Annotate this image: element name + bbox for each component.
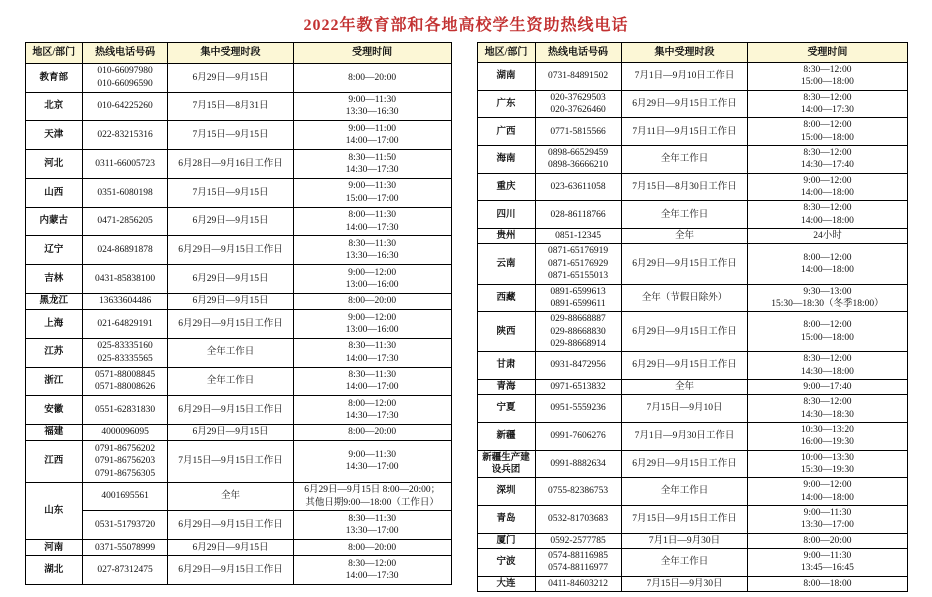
period-cell: 7月15日—8月31日 (168, 92, 294, 121)
hours-line: 8:00—12:00 (750, 119, 904, 131)
table-row: 福建40000960956月29日—9月15日8:00—20:00 (25, 425, 451, 441)
phone-number: 0791-86756202 (85, 443, 165, 455)
period-cell: 7月15日—9月15日 (168, 121, 294, 150)
hours-line: 9:00—11:30 (296, 94, 449, 106)
phone-cell: 0771-5815566 (535, 118, 621, 146)
hours-line: 9:00—11:30 (296, 180, 449, 192)
phone-number: 0951-5559236 (538, 402, 619, 414)
phone-cell: 0731-84891502 (535, 63, 621, 91)
phone-cell: 0891-65996130891-6599611 (535, 284, 621, 312)
period-cell: 全年（节假日除外） (621, 284, 748, 312)
phone-cell: 0755-82386753 (535, 478, 621, 506)
phone-number: 010-66096590 (85, 78, 165, 90)
period-cell: 全年 (621, 379, 748, 394)
phone-number: 028-86118766 (538, 209, 619, 221)
region-cell: 天津 (25, 121, 83, 150)
phone-number: 029-88668830 (538, 326, 619, 338)
hours-cell: 8:00—20:00 (293, 63, 451, 92)
period-cell: 7月15日—9月15日工作日 (168, 441, 294, 483)
hours-line: 8:30—12:00 (750, 353, 904, 365)
region-cell: 浙江 (25, 367, 83, 396)
region-cell: 青岛 (477, 506, 535, 534)
region-cell: 四川 (477, 201, 535, 229)
period-cell: 全年工作日 (621, 549, 748, 577)
region-cell: 西藏 (477, 284, 535, 312)
phone-cell: 028-86118766 (535, 201, 621, 229)
hours-cell: 8:30—12:0015:00—18:00 (748, 63, 907, 91)
hours-cell: 9:00—11:3013:45—16:45 (748, 549, 907, 577)
phone-cell: 0311-66005723 (83, 150, 168, 179)
region-cell: 宁波 (477, 549, 535, 577)
phone-cell: 0574-881169850574-88116977 (535, 549, 621, 577)
period-cell: 7月1日—9月10日工作日 (621, 63, 748, 91)
table-row: 江苏025-83335160025-83335565全年工作日8:30—11:3… (25, 338, 451, 367)
hours-line: 14:30—18:30 (750, 409, 904, 421)
period-cell: 全年 (168, 482, 294, 511)
period-cell: 全年工作日 (168, 338, 294, 367)
region-cell: 广东 (477, 90, 535, 118)
hours-line: 8:30—11:30 (296, 369, 449, 381)
phone-cell: 0351-6080198 (83, 178, 168, 207)
hours-line: 14:00—17:00 (296, 135, 449, 147)
period-cell: 6月29日—9月15日 (168, 425, 294, 441)
phone-cell: 021-64829191 (83, 309, 168, 338)
phone-number: 4001695561 (85, 490, 165, 502)
hours-line: 10:00—13:30 (750, 452, 904, 464)
region-cell: 重庆 (477, 173, 535, 201)
phone-cell: 0871-651769190871-651769290871-65155013 (535, 244, 621, 284)
phone-number: 0571-88008626 (85, 381, 165, 393)
column-header: 受理时间 (748, 43, 907, 63)
region-cell: 福建 (25, 425, 83, 441)
period-cell: 6月29日—9月15日工作日 (168, 556, 294, 585)
hours-cell: 9:00—11:3013:30—17:00 (748, 506, 907, 534)
phone-number: 0971-6513832 (538, 381, 619, 393)
hours-line: 15:00—18:00 (750, 332, 904, 344)
table-row: 浙江0571-880088450571-88008626全年工作日8:30—11… (25, 367, 451, 396)
hours-line: 13:00—16:00 (296, 324, 449, 336)
table-row: 海南0898-665294590898-36666210全年工作日8:30—12… (477, 146, 907, 174)
period-cell: 6月29日—9月15日 (168, 540, 294, 556)
hours-line: 14:30—18:00 (750, 366, 904, 378)
table-row: 贵州0851-12345全年24小时 (477, 229, 907, 244)
table-row: 江西0791-867562020791-867562030791-8675630… (25, 441, 451, 483)
phone-number: 010-64225260 (85, 100, 165, 112)
period-cell: 7月1日—9月30日工作日 (621, 422, 748, 450)
phone-number: 0431-85838100 (85, 273, 165, 285)
column-header: 受理时间 (293, 43, 451, 64)
phone-number: 0592-2577785 (538, 535, 619, 547)
period-cell: 全年 (621, 229, 748, 244)
table-row: 新疆0991-76062767月1日—9月30日工作日10:30—13:2016… (477, 422, 907, 450)
table-row: 广西0771-58155667月11日—9月15日工作日8:00—12:0015… (477, 118, 907, 146)
hours-cell: 8:30—12:0014:30—18:30 (748, 395, 907, 423)
hours-line: 13:00—16:00 (296, 279, 449, 291)
phone-number: 0898-66529459 (538, 147, 619, 159)
phone-cell: 4000096095 (83, 425, 168, 441)
hours-cell: 24小时 (748, 229, 907, 244)
hours-line: 8:30—11:30 (296, 513, 449, 525)
phone-cell: 0931-8472956 (535, 352, 621, 380)
phone-cell: 0592-2577785 (535, 533, 621, 548)
hours-line: 15:00—18:00 (750, 76, 904, 88)
region-cell: 内蒙古 (25, 207, 83, 236)
hours-line: 9:30—13:00 (750, 286, 904, 298)
hours-line: 14:30—17:40 (750, 159, 904, 171)
column-header: 热线电话号码 (83, 43, 168, 64)
phone-number: 0771-5815566 (538, 126, 619, 138)
hours-cell: 8:30—12:0014:00—17:30 (293, 556, 451, 585)
phone-number: 0891-6599613 (538, 286, 619, 298)
region-cell: 山东 (25, 482, 83, 540)
hours-cell: 9:00—12:0013:00—16:00 (293, 265, 451, 294)
hours-line: 14:00—17:00 (296, 381, 449, 393)
phone-number: 13633604486 (85, 295, 165, 307)
hours-cell: 9:00—12:0014:00—18:00 (748, 173, 907, 201)
hours-line: 8:00—12:00 (296, 398, 449, 410)
region-cell: 陕西 (477, 312, 535, 352)
table-row: 湖南0731-848915027月1日—9月10日工作日8:30—12:0015… (477, 63, 907, 91)
phone-number: 021-64829191 (85, 318, 165, 330)
phone-number: 027-87312475 (85, 564, 165, 576)
region-cell: 北京 (25, 92, 83, 121)
phone-number: 0891-6599611 (538, 298, 619, 310)
hours-line: 24小时 (750, 230, 904, 242)
phone-number: 0311-66005723 (85, 158, 165, 170)
hours-cell: 10:30—13:2016:00—19:30 (748, 422, 907, 450)
region-cell: 安徽 (25, 396, 83, 425)
hours-line: 15:00—18:00 (750, 132, 904, 144)
phone-cell: 0531-51793720 (83, 511, 168, 540)
phone-number: 0731-84891502 (538, 70, 619, 82)
phone-number: 0931-8472956 (538, 359, 619, 371)
phone-number: 0574-88116985 (538, 550, 619, 562)
hours-line: 15:30—19:30 (750, 464, 904, 476)
hours-line: 8:30—12:00 (750, 202, 904, 214)
hours-cell: 8:30—11:5014:30—17:30 (293, 150, 451, 179)
hours-line: 16:00—19:30 (750, 436, 904, 448)
phone-cell: 4001695561 (83, 482, 168, 511)
hours-line: 8:30—11:50 (296, 152, 449, 164)
hours-line: 14:00—17:30 (296, 570, 449, 582)
region-cell: 青海 (477, 379, 535, 394)
hours-line: 8:00—20:00 (750, 535, 904, 547)
phone-cell: 0991-8882634 (535, 450, 621, 478)
hours-line: 13:30—17:00 (750, 519, 904, 531)
hours-line: 10:30—13:20 (750, 424, 904, 436)
hours-line: 14:00—17:30 (750, 104, 904, 116)
hours-cell: 8:00—12:0015:00—18:00 (748, 312, 907, 352)
period-cell: 7月15日—8月30日工作日 (621, 173, 748, 201)
hours-line: 14:00—18:00 (750, 492, 904, 504)
hours-line: 9:00—12:00 (296, 312, 449, 324)
period-cell: 6月29日—9月15日工作日 (621, 90, 748, 118)
phone-cell: 0571-880088450571-88008626 (83, 367, 168, 396)
region-cell: 厦门 (477, 533, 535, 548)
table-row: 教育部010-66097980010-660965906月29日—9月15日8:… (25, 63, 451, 92)
phone-number: 0531-51793720 (85, 519, 165, 531)
period-cell: 6月29日—9月15日工作日 (168, 396, 294, 425)
phone-cell: 0898-665294590898-36666210 (535, 146, 621, 174)
hours-line: 8:00—20:00 (296, 426, 449, 438)
hours-line: 13:30—16:30 (296, 250, 449, 262)
table-row: 河北0311-660057236月28日—9月16日工作日8:30—11:501… (25, 150, 451, 179)
table-row: 新疆生产建设兵团0991-88826346月29日—9月15日工作日10:00—… (477, 450, 907, 478)
period-cell: 7月15日—9月15日 (168, 178, 294, 207)
region-cell: 山西 (25, 178, 83, 207)
phone-cell: 0951-5559236 (535, 395, 621, 423)
column-header: 热线电话号码 (535, 43, 621, 63)
table-row: 上海021-648291916月29日—9月15日工作日9:00—12:0013… (25, 309, 451, 338)
hours-cell: 8:00—18:00 (748, 576, 907, 591)
phone-number: 0991-8882634 (538, 458, 619, 470)
hours-line: 9:00—11:30 (750, 507, 904, 519)
hours-line: 14:00—18:00 (750, 215, 904, 227)
hours-cell: 8:00—12:0014:00—18:00 (748, 244, 907, 284)
page-title: 2022年教育部和各地高校学生资助热线电话 (0, 0, 932, 34)
phone-cell: 029-88668887029-88668830029-88668914 (535, 312, 621, 352)
column-header: 集中受理时段 (621, 43, 748, 63)
phone-number: 020-37626460 (538, 104, 619, 116)
phone-cell: 0411-84603212 (535, 576, 621, 591)
hours-cell: 9:00—11:0014:00—17:00 (293, 121, 451, 150)
hours-line: 14:00—18:00 (750, 264, 904, 276)
table-row: 云南0871-651769190871-651769290871-6515501… (477, 244, 907, 284)
hours-cell: 8:30—12:0014:30—17:40 (748, 146, 907, 174)
hours-line: 6月29日—9月15日 8:00—20:00； (296, 484, 449, 496)
phone-number: 020-37629503 (538, 92, 619, 104)
header-row: 地区/部门热线电话号码集中受理时段受理时间 (477, 43, 907, 63)
hours-line: 14:00—18:00 (750, 187, 904, 199)
hours-line: 8:30—12:00 (750, 396, 904, 408)
table-row: 宁夏0951-55592367月15日—9月10日8:30—12:0014:30… (477, 395, 907, 423)
phone-number: 025-83335160 (85, 340, 165, 352)
hours-cell: 8:30—11:3014:00—17:30 (293, 338, 451, 367)
table-row: 湖北027-873124756月29日—9月15日工作日8:30—12:0014… (25, 556, 451, 585)
hotline-tables-container: 地区/部门热线电话号码集中受理时段受理时间教育部010-66097980010-… (0, 42, 932, 592)
phone-number: 0574-88116977 (538, 562, 619, 574)
region-cell: 江西 (25, 441, 83, 483)
phone-cell: 0991-7606276 (535, 422, 621, 450)
phone-cell: 0371-55078999 (83, 540, 168, 556)
hours-cell: 9:00—11:3014:30—17:00 (293, 441, 451, 483)
table-row: 安徽0551-628318306月29日—9月15日工作日8:00—12:001… (25, 396, 451, 425)
phone-number: 022-83215316 (85, 129, 165, 141)
table-row: 青海0971-6513832全年9:00—17:40 (477, 379, 907, 394)
hotline-table-right: 地区/部门热线电话号码集中受理时段受理时间湖南0731-848915027月1日… (477, 42, 908, 592)
hours-cell: 9:00—11:3015:00—17:00 (293, 178, 451, 207)
table-row: 0531-517937206月29日—9月15日工作日8:30—11:3013:… (25, 511, 451, 540)
hours-line: 8:30—11:30 (296, 340, 449, 352)
hours-line: 8:00—20:00 (296, 542, 449, 554)
region-cell: 宁夏 (477, 395, 535, 423)
phone-number: 029-88668887 (538, 313, 619, 325)
phone-number: 024-86891878 (85, 244, 165, 256)
table-row: 内蒙古0471-28562056月29日—9月15日8:00—11:3014:0… (25, 207, 451, 236)
hours-line: 8:00—12:00 (750, 252, 904, 264)
hours-cell: 8:00—20:00 (293, 540, 451, 556)
period-cell: 7月15日—9月10日 (621, 395, 748, 423)
region-cell: 贵州 (477, 229, 535, 244)
hours-cell: 10:00—13:3015:30—19:30 (748, 450, 907, 478)
period-cell: 7月15日—9月30日 (621, 576, 748, 591)
hours-line: 8:30—12:00 (296, 558, 449, 570)
period-cell: 6月29日—9月15日 (168, 265, 294, 294)
hours-line: 14:30—17:30 (296, 164, 449, 176)
phone-number: 029-88668914 (538, 338, 619, 350)
hours-line: 8:00—18:00 (750, 578, 904, 590)
region-cell: 江苏 (25, 338, 83, 367)
phone-cell: 010-64225260 (83, 92, 168, 121)
phone-number: 0571-88008845 (85, 369, 165, 381)
hours-line: 其他日期9:00—18:00（工作日） (296, 497, 449, 509)
hours-line: 8:00—20:00 (296, 72, 449, 84)
phone-number: 010-66097980 (85, 65, 165, 77)
region-cell: 深圳 (477, 478, 535, 506)
region-cell: 上海 (25, 309, 83, 338)
hours-cell: 9:00—17:40 (748, 379, 907, 394)
period-cell: 全年工作日 (621, 201, 748, 229)
hours-line: 9:00—11:30 (750, 550, 904, 562)
hours-cell: 8:00—20:00 (748, 533, 907, 548)
phone-number: 0851-12345 (538, 230, 619, 242)
phone-number: 0991-7606276 (538, 430, 619, 442)
phone-number: 0532-81703683 (538, 513, 619, 525)
table-row: 黑龙江136336044866月29日—9月15日8:00—20:00 (25, 294, 451, 310)
hours-cell: 8:00—12:0015:00—18:00 (748, 118, 907, 146)
phone-number: 0871-65155013 (538, 270, 619, 282)
hours-line: 14:30—17:00 (296, 461, 449, 473)
phone-number: 0871-65176919 (538, 245, 619, 257)
table-row: 辽宁024-868918786月29日—9月15日工作日8:30—11:3013… (25, 236, 451, 265)
hours-line: 15:00—17:00 (296, 193, 449, 205)
period-cell: 全年工作日 (168, 367, 294, 396)
region-cell: 新疆生产建设兵团 (477, 450, 535, 478)
hours-line: 14:30—17:30 (296, 410, 449, 422)
table-row: 大连0411-846032127月15日—9月30日8:00—18:00 (477, 576, 907, 591)
phone-cell: 020-37629503020-37626460 (535, 90, 621, 118)
phone-number: 025-83335565 (85, 353, 165, 365)
hours-line: 8:00—20:00 (296, 295, 449, 307)
hours-line: 8:30—12:00 (750, 147, 904, 159)
region-cell: 新疆 (477, 422, 535, 450)
hours-line: 9:00—11:00 (296, 123, 449, 135)
period-cell: 6月29日—9月15日工作日 (621, 450, 748, 478)
table-row: 广东020-37629503020-376264606月29日—9月15日工作日… (477, 90, 907, 118)
hours-line: 13:30—16:30 (296, 106, 449, 118)
table-row: 陕西029-88668887029-88668830029-886689146月… (477, 312, 907, 352)
phone-number: 0551-62831830 (85, 404, 165, 416)
hours-cell: 8:30—11:3013:30—16:30 (293, 236, 451, 265)
hours-cell: 8:30—11:3013:30—17:00 (293, 511, 451, 540)
period-cell: 6月29日—9月15日工作日 (621, 312, 748, 352)
hours-line: 9:00—12:00 (750, 479, 904, 491)
phone-cell: 022-83215316 (83, 121, 168, 150)
phone-number: 0755-82386753 (538, 485, 619, 497)
hours-line: 13:45—16:45 (750, 562, 904, 574)
period-cell: 6月29日—9月15日 (168, 207, 294, 236)
table-row: 山东4001695561全年6月29日—9月15日 8:00—20:00；其他日… (25, 482, 451, 511)
phone-cell: 027-87312475 (83, 556, 168, 585)
hours-cell: 8:00—20:00 (293, 425, 451, 441)
phone-cell: 13633604486 (83, 294, 168, 310)
hours-cell: 9:00—12:0013:00—16:00 (293, 309, 451, 338)
period-cell: 6月29日—9月15日工作日 (168, 309, 294, 338)
hours-cell: 8:30—12:0014:00—17:30 (748, 90, 907, 118)
hours-line: 9:00—12:00 (296, 267, 449, 279)
table-row: 甘肃0931-84729566月29日—9月15日工作日8:30—12:0014… (477, 352, 907, 380)
hours-cell: 8:30—12:0014:30—18:00 (748, 352, 907, 380)
hours-line: 13:30—17:00 (296, 525, 449, 537)
region-cell: 甘肃 (477, 352, 535, 380)
region-cell: 湖北 (25, 556, 83, 585)
table-row: 西藏0891-65996130891-6599611全年（节假日除外）9:30—… (477, 284, 907, 312)
table-row: 四川028-86118766全年工作日8:30—12:0014:00—18:00 (477, 201, 907, 229)
period-cell: 6月29日—9月15日工作日 (168, 236, 294, 265)
hours-cell: 9:00—11:3013:30—16:30 (293, 92, 451, 121)
period-cell: 6月29日—9月15日工作日 (168, 511, 294, 540)
hours-cell: 8:00—20:00 (293, 294, 451, 310)
phone-cell: 025-83335160025-83335565 (83, 338, 168, 367)
phone-cell: 0471-2856205 (83, 207, 168, 236)
period-cell: 6月29日—9月15日工作日 (621, 244, 748, 284)
hours-cell: 8:30—11:3014:00—17:00 (293, 367, 451, 396)
table-row: 山西0351-60801987月15日—9月15日9:00—11:3015:00… (25, 178, 451, 207)
period-cell: 全年工作日 (621, 478, 748, 506)
hours-line: 9:00—17:40 (750, 381, 904, 393)
phone-number: 0351-6080198 (85, 187, 165, 199)
phone-number: 0371-55078999 (85, 542, 165, 554)
hours-line: 9:00—12:00 (750, 175, 904, 187)
column-header: 地区/部门 (477, 43, 535, 63)
phone-cell: 0551-62831830 (83, 396, 168, 425)
region-cell: 云南 (477, 244, 535, 284)
period-cell: 7月1日—9月30日 (621, 533, 748, 548)
phone-cell: 010-66097980010-66096590 (83, 63, 168, 92)
region-cell: 湖南 (477, 63, 535, 91)
period-cell: 7月11日—9月15日工作日 (621, 118, 748, 146)
table-row: 吉林0431-858381006月29日—9月15日9:00—12:0013:0… (25, 265, 451, 294)
period-cell: 6月29日—9月15日工作日 (621, 352, 748, 380)
hours-line: 15:30—18:30（冬季18:00） (750, 298, 904, 310)
table-row: 重庆023-636110587月15日—8月30日工作日9:00—12:0014… (477, 173, 907, 201)
table-row: 青岛0532-817036837月15日—9月15日工作日9:00—11:301… (477, 506, 907, 534)
header-row: 地区/部门热线电话号码集中受理时段受理时间 (25, 43, 451, 64)
phone-cell: 0791-867562020791-867562030791-86756305 (83, 441, 168, 483)
hours-line: 8:30—12:00 (750, 64, 904, 76)
period-cell: 7月15日—9月15日工作日 (621, 506, 748, 534)
table-row: 天津022-832153167月15日—9月15日9:00—11:0014:00… (25, 121, 451, 150)
phone-cell: 024-86891878 (83, 236, 168, 265)
phone-number: 023-63611058 (538, 181, 619, 193)
region-cell: 河南 (25, 540, 83, 556)
hours-line: 9:00—11:30 (296, 449, 449, 461)
hours-cell: 9:00—12:0014:00—18:00 (748, 478, 907, 506)
period-cell: 6月28日—9月16日工作日 (168, 150, 294, 179)
column-header: 集中受理时段 (168, 43, 294, 64)
hours-cell: 8:30—12:0014:00—18:00 (748, 201, 907, 229)
phone-cell: 0971-6513832 (535, 379, 621, 394)
region-cell: 辽宁 (25, 236, 83, 265)
period-cell: 全年工作日 (621, 146, 748, 174)
region-cell: 广西 (477, 118, 535, 146)
hours-cell: 9:30—13:0015:30—18:30（冬季18:00） (748, 284, 907, 312)
region-cell: 吉林 (25, 265, 83, 294)
hours-line: 14:00—17:30 (296, 222, 449, 234)
region-cell: 教育部 (25, 63, 83, 92)
table-row: 河南0371-550789996月29日—9月15日8:00—20:00 (25, 540, 451, 556)
table-row: 宁波0574-881169850574-88116977全年工作日9:00—11… (477, 549, 907, 577)
